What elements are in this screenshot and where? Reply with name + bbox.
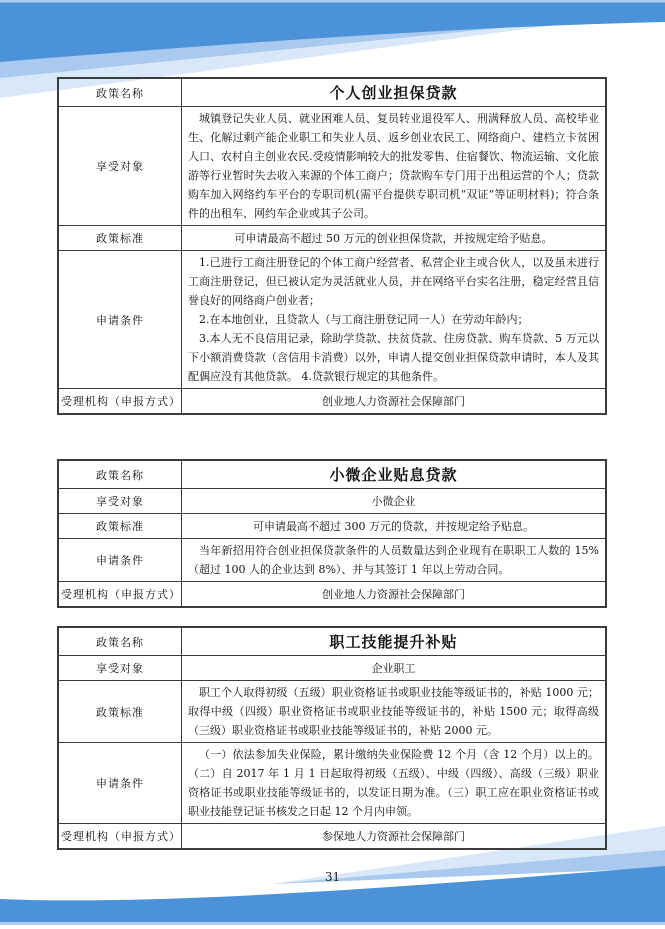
table-row: 受理机构（申报方式） 参保地人力资源社会保障部门 — [58, 824, 606, 850]
condition-item: （一）依法参加失业保险，累计缴纳失业保险费 12 个月（含 12 个月）以上的。… — [188, 745, 599, 821]
policy-title: 职工技能提升补贴 — [182, 627, 607, 656]
table-row: 享受对象 小微企业 — [58, 489, 606, 514]
condition-item: 2.在本地创业，且贷款人（与工商注册登记同一人）在劳动年龄内； — [188, 310, 599, 329]
tables-area: 政策名称 个人创业担保贷款 享受对象 城镇登记失业人员、就业困难人员、复员转业退… — [57, 77, 607, 850]
target-cell: 城镇登记失业人员、就业困难人员、复员转业退役军人、刑满释放人员、高校毕业生、化解… — [182, 107, 607, 226]
standard-cell: 可申请最高不超过 50 万元的创业担保贷款，并按规定给予贴息。 — [182, 226, 607, 251]
agency-text: 参保地人力资源社会保障部门 — [188, 827, 599, 846]
table-row: 政策标准 可申请最高不超过 50 万元的创业担保贷款，并按规定给予贴息。 — [58, 226, 606, 251]
target-cell: 企业职工 — [182, 656, 607, 681]
row-label-conditions: 申请条件 — [58, 251, 182, 389]
row-label-policy-name: 政策名称 — [58, 78, 182, 107]
row-label-standard: 政策标准 — [58, 226, 182, 251]
agency-cell: 创业地人力资源社会保障部门 — [182, 582, 607, 608]
condition-item: 3.本人无不良信用记录，除助学贷款、扶贫贷款、住房贷款、购车贷款、5 万元以下小… — [188, 329, 599, 386]
target-cell: 小微企业 — [182, 489, 607, 514]
table-row: 政策标准 职工个人取得初级（五级）职业资格证书或职业技能等级证书的，补贴 100… — [58, 681, 606, 743]
policy-table-small-business-loan: 政策名称 小微企业贴息贷款 享受对象 小微企业 政策标准 可申请最高不超过 30… — [57, 459, 607, 608]
row-label-standard: 政策标准 — [58, 681, 182, 743]
agency-cell: 参保地人力资源社会保障部门 — [182, 824, 607, 850]
table-row: 享受对象 城镇登记失业人员、就业困难人员、复员转业退役军人、刑满释放人员、高校毕… — [58, 107, 606, 226]
row-label-agency: 受理机构（申报方式） — [58, 389, 182, 415]
policy-title: 个人创业担保贷款 — [182, 78, 607, 107]
conditions-cell: （一）依法参加失业保险，累计缴纳失业保险费 12 个月（含 12 个月）以上的。… — [182, 743, 607, 824]
table-row: 申请条件 1.已进行工商注册登记的个体工商户经营者、私营企业主或合伙人，以及虽未… — [58, 251, 606, 389]
target-text: 城镇登记失业人员、就业困难人员、复员转业退役军人、刑满释放人员、高校毕业生、化解… — [188, 109, 599, 223]
standard-cell: 职工个人取得初级（五级）职业资格证书或职业技能等级证书的，补贴 1000 元；取… — [182, 681, 607, 743]
table-row: 政策标准 可申请最高不超过 300 万元的贷款，并按规定给予贴息。 — [58, 514, 606, 539]
row-label-target: 享受对象 — [58, 656, 182, 681]
policy-title: 小微企业贴息贷款 — [182, 460, 607, 489]
row-label-conditions: 申请条件 — [58, 539, 182, 582]
table-row: 政策名称 个人创业担保贷款 — [58, 78, 606, 107]
standard-text: 职工个人取得初级（五级）职业资格证书或职业技能等级证书的，补贴 1000 元；取… — [188, 683, 599, 740]
condition-item: 1.已进行工商注册登记的个体工商户经营者、私营企业主或合伙人，以及虽未进行工商注… — [188, 253, 599, 310]
target-text: 小微企业 — [188, 492, 599, 511]
table-row: 政策名称 小微企业贴息贷款 — [58, 460, 606, 489]
page-number: 31 — [0, 870, 665, 884]
agency-text: 创业地人力资源社会保障部门 — [188, 392, 599, 411]
target-text: 企业职工 — [188, 659, 599, 678]
standard-text: 可申请最高不超过 50 万元的创业担保贷款，并按规定给予贴息。 — [188, 229, 599, 248]
policy-table-skill-upgrade-subsidy: 政策名称 职工技能提升补贴 享受对象 企业职工 政策标准 职工个人取得初级（五级… — [57, 626, 607, 850]
row-label-standard: 政策标准 — [58, 514, 182, 539]
agency-text: 创业地人力资源社会保障部门 — [188, 585, 599, 604]
document-page: { "page_number": "31", "colors": { "main… — [0, 0, 665, 929]
table-row: 申请条件 当年新招用符合创业担保贷款条件的人员数量达到企业现有在职职工人数的 1… — [58, 539, 606, 582]
table-row: 受理机构（申报方式） 创业地人力资源社会保障部门 — [58, 582, 606, 608]
row-label-agency: 受理机构（申报方式） — [58, 824, 182, 850]
standard-cell: 可申请最高不超过 300 万元的贷款，并按规定给予贴息。 — [182, 514, 607, 539]
row-label-agency: 受理机构（申报方式） — [58, 582, 182, 608]
row-label-target: 享受对象 — [58, 489, 182, 514]
table-row: 申请条件 （一）依法参加失业保险，累计缴纳失业保险费 12 个月（含 12 个月… — [58, 743, 606, 824]
table-row: 享受对象 企业职工 — [58, 656, 606, 681]
condition-item: 当年新招用符合创业担保贷款条件的人员数量达到企业现有在职职工人数的 15%（超过… — [188, 541, 599, 579]
agency-cell: 创业地人力资源社会保障部门 — [182, 389, 607, 415]
table-row: 受理机构（申报方式） 创业地人力资源社会保障部门 — [58, 389, 606, 415]
conditions-cell: 当年新招用符合创业担保贷款条件的人员数量达到企业现有在职职工人数的 15%（超过… — [182, 539, 607, 582]
standard-text: 可申请最高不超过 300 万元的贷款，并按规定给予贴息。 — [188, 517, 599, 536]
policy-table-personal-startup-loan: 政策名称 个人创业担保贷款 享受对象 城镇登记失业人员、就业困难人员、复员转业退… — [57, 77, 607, 415]
row-label-target: 享受对象 — [58, 107, 182, 226]
table-row: 政策名称 职工技能提升补贴 — [58, 627, 606, 656]
row-label-policy-name: 政策名称 — [58, 627, 182, 656]
conditions-cell: 1.已进行工商注册登记的个体工商户经营者、私营企业主或合伙人，以及虽未进行工商注… — [182, 251, 607, 389]
row-label-policy-name: 政策名称 — [58, 460, 182, 489]
row-label-conditions: 申请条件 — [58, 743, 182, 824]
